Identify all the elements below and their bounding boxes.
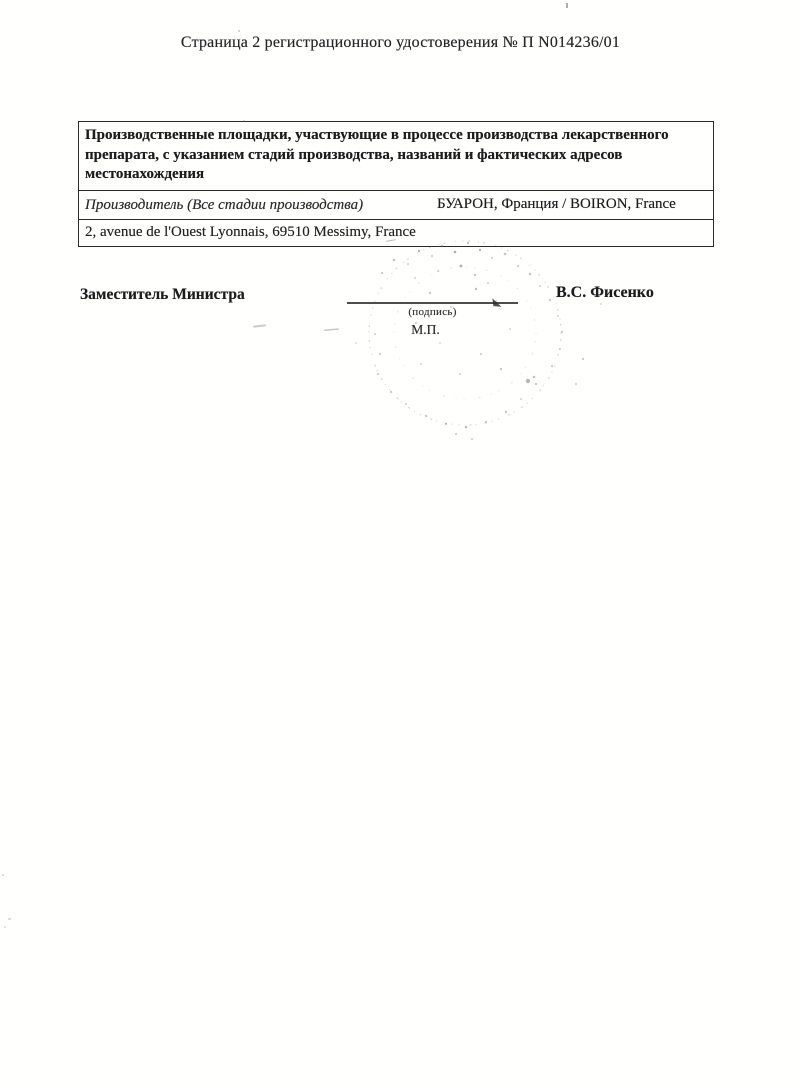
scan-speck	[2, 874, 4, 876]
table-header-cell: Производственные площадки, участвующие в…	[79, 122, 713, 191]
scan-speck	[243, 120, 245, 122]
scan-speck	[238, 30, 240, 32]
certificate-page: Страница 2 регистрационного удостоверени…	[0, 0, 801, 1088]
manufacturer-label: Производитель (Все стадии производства)	[85, 197, 363, 214]
scan-speck	[4, 926, 6, 928]
scan-speck	[8, 918, 11, 920]
manufacturer-value: БУАРОН, Франция / BOIRON, France	[437, 196, 676, 213]
address-row: 2, avenue de l'Ouest Lyonnais, 69510 Mes…	[79, 220, 713, 246]
scan-speck	[253, 324, 266, 327]
signer-name: В.С. Фисенко	[556, 284, 654, 302]
signature-caption: (подпись)	[347, 306, 518, 318]
manufacturer-row: Производитель (Все стадии производства) …	[79, 191, 713, 220]
stamp-seal-icon	[320, 233, 620, 445]
page-header: Страница 2 регистрационного удостоверени…	[0, 34, 801, 52]
production-sites-table: Производственные площадки, участвующие в…	[78, 121, 714, 247]
signer-position-title: Заместитель Министра	[80, 286, 245, 304]
signature-line	[347, 302, 518, 304]
seal-place-mark: М.П.	[340, 322, 511, 338]
scan-speck	[566, 3, 568, 8]
